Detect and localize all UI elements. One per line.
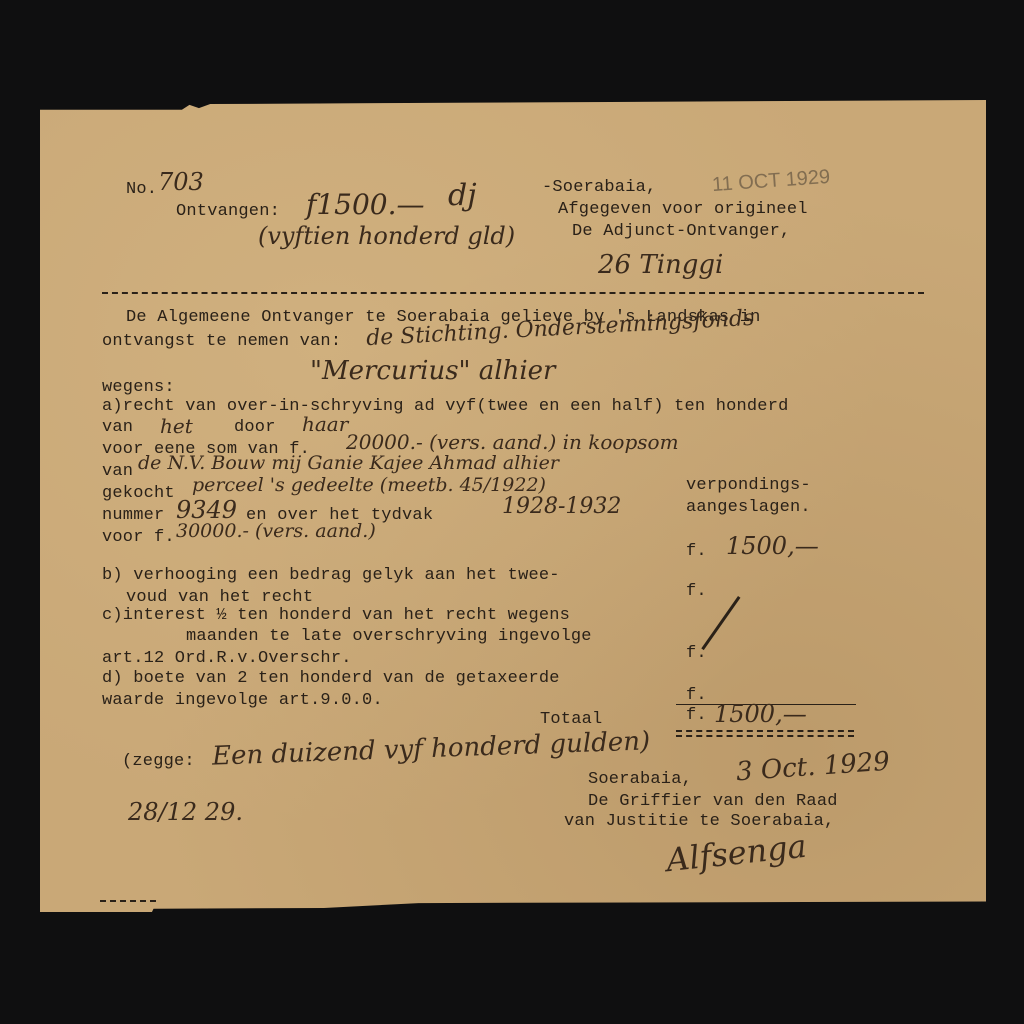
item-d-amount-prefix: f.: [686, 686, 707, 705]
item-d-line-1: d) boete van 2 ten honderd van de getaxe…: [102, 669, 560, 688]
ontvangen-amount: f1500.—: [306, 188, 425, 221]
verpondings-label: verpondings-: [686, 476, 811, 495]
cut-line: [102, 292, 924, 294]
item-d-line-2: waarde ingevolge art.9.0.0.: [102, 691, 383, 710]
item-a-hw-2: haar: [302, 412, 348, 436]
item-b-amount-prefix: f.: [686, 582, 707, 601]
item-a-line-1: a)recht van over-in-schryving ad vyf(twe…: [102, 397, 789, 416]
parcel-description: perceel 's gedeelte (meetb. 45/1922): [192, 474, 546, 496]
ontvangen-words: (vyftien honderd gld): [258, 222, 515, 250]
footer-place: Soerabaia,: [588, 770, 692, 789]
totaal-amount: 1500,—: [714, 700, 807, 728]
body-line-2: ontvangst te nemen van:: [102, 332, 341, 351]
header-place: -Soerabaia,: [542, 178, 656, 197]
ontvangen-initial: dj: [448, 178, 477, 213]
item-c-line-3: art.12 Ord.R.v.Overschr.: [102, 649, 352, 668]
left-date-note: 28/12 29.: [128, 798, 243, 826]
aangeslagen-label: aangeslagen.: [686, 498, 811, 517]
seller-name: de N.V. Bouw mij Ganie Kajee Ahmad alhie…: [138, 452, 559, 474]
item-a-line-5: gekocht: [102, 484, 175, 503]
totaal-label: Totaal: [540, 710, 602, 729]
afgegeven-text: Afgegeven voor origineel: [558, 200, 808, 219]
totaal-prefix: f.: [686, 706, 707, 725]
item-c-line-1: c)interest ½ ten honderd van het recht w…: [102, 606, 570, 625]
adjunct-title: De Adjunct-Ontvanger,: [572, 222, 790, 241]
item-c-line-2: maanden te late overschryving ingevolge: [186, 627, 592, 646]
wegens-label: wegens:: [102, 378, 175, 397]
ontvangen-label: Ontvangen:: [176, 202, 280, 221]
item-a-line-7: voor f.: [102, 528, 175, 547]
payer-name-2: "Mercurius" alhier: [310, 356, 555, 386]
bottom-cut-line: [100, 900, 156, 902]
item-b-line-1: b) verhooging een bedrag gelyk aan het t…: [102, 566, 560, 585]
number-label: No.: [126, 180, 157, 199]
item-a-amount-prefix: f.: [686, 542, 707, 561]
assessed-value: 30000.- (vers. aand.): [176, 520, 376, 542]
item-a-line-6: nummer: [102, 506, 164, 525]
period-value: 1928-1932: [502, 494, 621, 519]
sum-value: 20000.- (vers. aand.) in koopsom: [346, 430, 679, 454]
item-a-hw-1: het: [160, 414, 193, 438]
item-a-line-2-mid: door: [234, 418, 276, 437]
item-a-line-2: van: [102, 418, 133, 437]
adjunct-signature: 26 Tinggi: [598, 250, 723, 280]
total-double-rule: [676, 730, 854, 737]
zegge-label: (zegge:: [122, 752, 195, 771]
item-b-line-2: voud van het recht: [126, 588, 313, 607]
griffier-title-1: De Griffier van den Raad: [588, 792, 838, 811]
item-a-amount: 1500,—: [726, 532, 819, 560]
item-a-line-4: van: [102, 462, 133, 481]
number-value: 703: [158, 168, 204, 196]
